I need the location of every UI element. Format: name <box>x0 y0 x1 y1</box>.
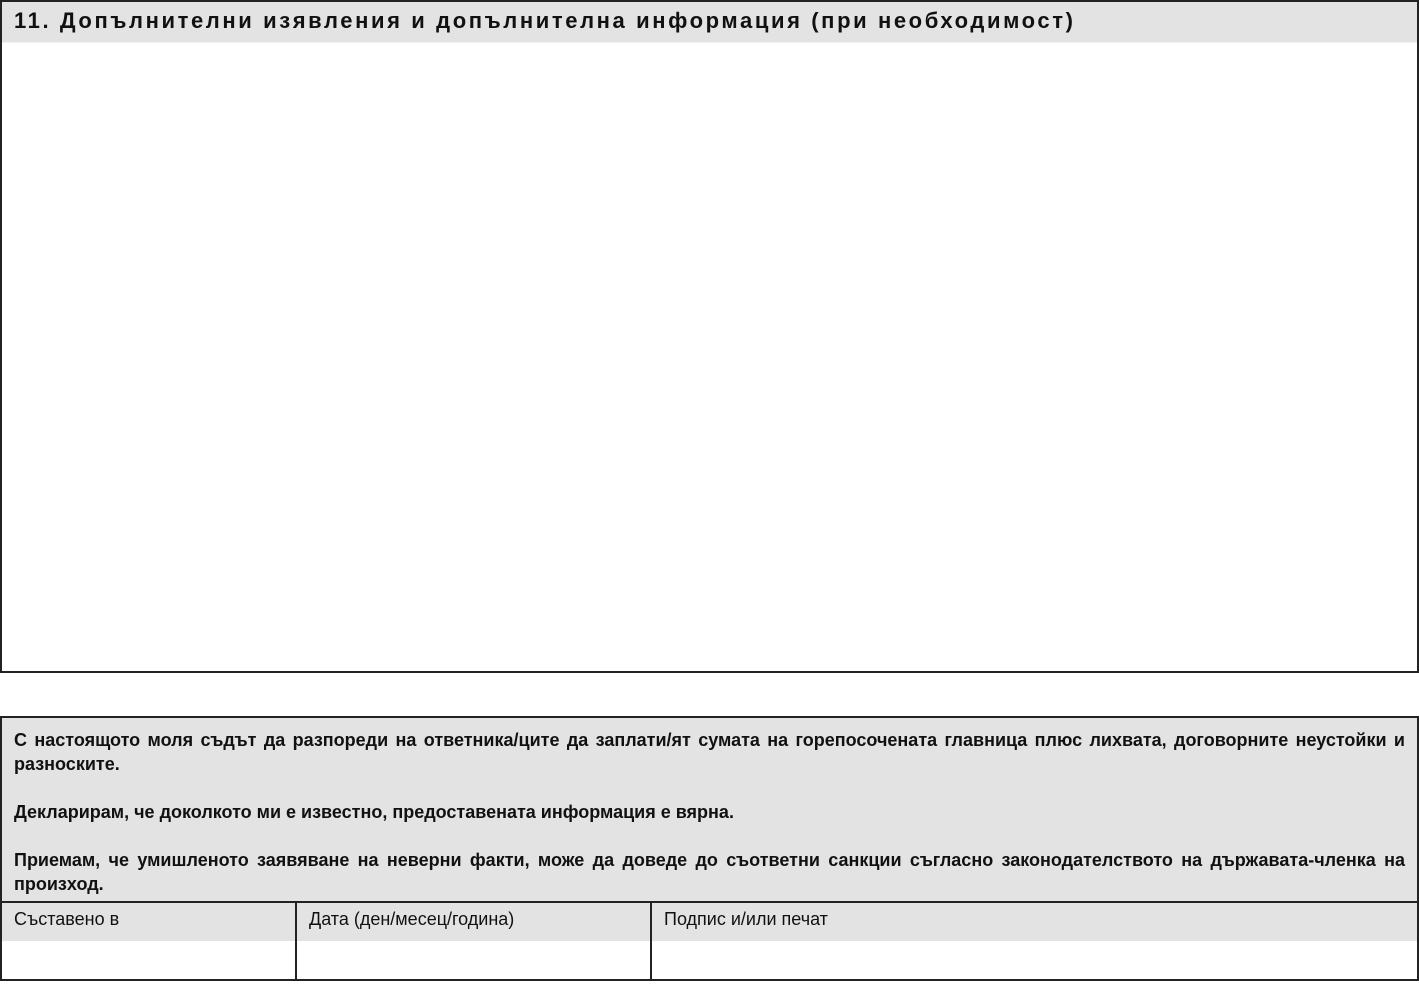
date-column: Дата (ден/месец/година) <box>297 903 652 979</box>
section-title: 11. Допълнителни изявления и допълнителн… <box>2 2 1417 43</box>
date-input[interactable] <box>297 941 650 979</box>
signature-label: Подпис и/или печат <box>652 903 1417 941</box>
declaration-sanctions: Приемам, че умишленото заявяване на неве… <box>14 848 1405 896</box>
declaration-section: С настоящото моля съдът да разпореди на … <box>0 716 1419 981</box>
declaration-text: С настоящото моля съдът да разпореди на … <box>2 718 1417 903</box>
date-label: Дата (ден/месец/година) <box>297 903 650 941</box>
declaration-request: С настоящото моля съдът да разпореди на … <box>14 728 1405 776</box>
additional-statements-section: 11. Допълнителни изявления и допълнителн… <box>0 0 1419 673</box>
place-column: Съставено в <box>2 903 297 979</box>
declaration-truth: Декларирам, че доколкото ми е известно, … <box>14 800 1405 824</box>
place-input[interactable] <box>2 941 295 979</box>
place-label: Съставено в <box>2 903 295 941</box>
signature-table: Съставено в Дата (ден/месец/година) Подп… <box>2 903 1417 979</box>
signature-input[interactable] <box>652 941 1417 979</box>
additional-statements-field[interactable] <box>2 43 1417 671</box>
signature-column: Подпис и/или печат <box>652 903 1417 979</box>
